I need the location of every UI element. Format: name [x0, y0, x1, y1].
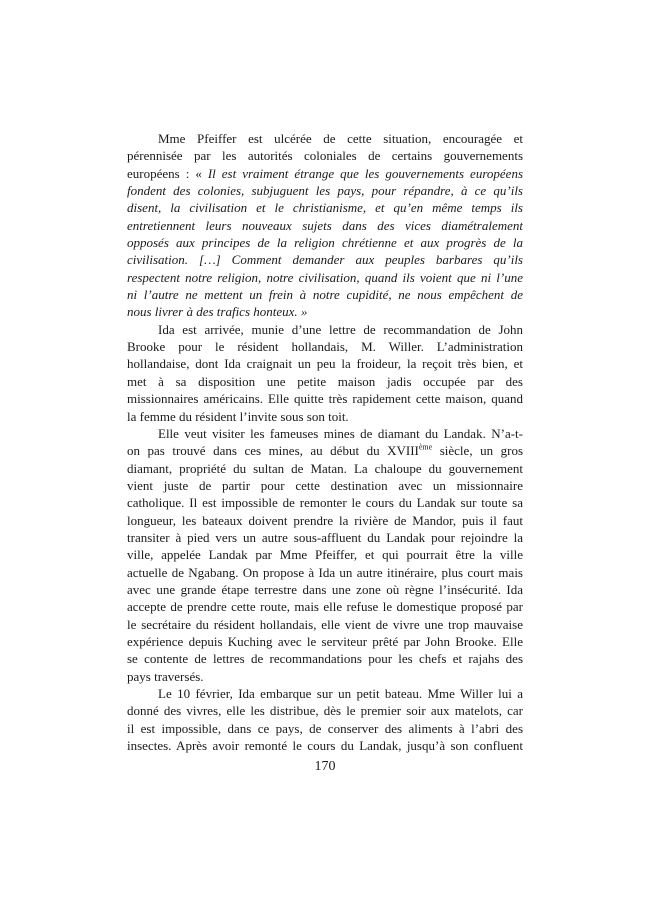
- text-segment: actuelle de Ngabang. On propose à Ida un…: [127, 565, 523, 580]
- italic-text-segment: opposés aux principes de la religion chr…: [127, 235, 523, 250]
- text-line: vient juste de partir pour cette destina…: [127, 477, 523, 494]
- text-line: Mme Pfeiffer est ulcérée de cette situat…: [127, 130, 523, 147]
- text-line: disent, la civilisation et le christiani…: [127, 199, 523, 216]
- text-line: ville, appelée Landak par Mme Pfeiffer, …: [127, 546, 523, 563]
- superscript-text-segment: ème: [419, 443, 432, 452]
- text-segment: la femme du résident l’invite sous son t…: [127, 409, 349, 424]
- text-segment: siècle, un gros: [432, 443, 523, 458]
- text-segment: Mme Pfeiffer est ulcérée de cette situat…: [158, 131, 523, 146]
- text-segment: Elle veut visiter les fameuses mines de …: [158, 426, 523, 441]
- italic-text-segment: disent, la civilisation et le christiani…: [127, 200, 523, 215]
- text-line: on pas trouvé dans ces mines, au début d…: [127, 442, 523, 459]
- text-segment: vient juste de partir pour cette destina…: [127, 478, 523, 493]
- text-line: catholique. Il est impossible de remonte…: [127, 494, 523, 511]
- text-line: Brooke pour le résident hollandais, M. W…: [127, 338, 523, 355]
- text-segment: donné des vivres, elle les distribue, dè…: [127, 703, 523, 718]
- text-line: européens : « Il est vraiment étrange qu…: [127, 165, 523, 182]
- text-line: expérience depuis Kuching avec le servit…: [127, 633, 523, 650]
- page-text: Mme Pfeiffer est ulcérée de cette situat…: [127, 130, 523, 754]
- text-line: actuelle de Ngabang. On propose à Ida un…: [127, 564, 523, 581]
- text-segment: pérennisée par les autorités coloniales …: [127, 148, 523, 163]
- text-segment: longueur, les bateaux doivent prendre la…: [127, 513, 523, 528]
- text-segment: missionnaires américains. Elle quitte tr…: [127, 391, 523, 406]
- text-segment: européens : «: [127, 166, 208, 181]
- text-line: il est impossible, dans ce pays, de cons…: [127, 720, 523, 737]
- text-segment: diamant, propriété du sultan de Matan. L…: [127, 461, 523, 476]
- text-line: le secrétaire du résident hollandais, el…: [127, 616, 523, 633]
- text-line: hollandaise, dont Ida craignait un peu l…: [127, 355, 523, 372]
- text-segment: Le 10 février, Ida embarque sur un petit…: [158, 686, 523, 701]
- text-line: diamant, propriété du sultan de Matan. L…: [127, 460, 523, 477]
- text-segment: expérience depuis Kuching avec le servit…: [127, 634, 523, 649]
- text-line: missionnaires américains. Elle quitte tr…: [127, 390, 523, 407]
- text-line: Elle veut visiter les fameuses mines de …: [127, 425, 523, 442]
- text-line: pays traversés.: [127, 668, 523, 685]
- text-line: opposés aux principes de la religion chr…: [127, 234, 523, 251]
- text-line: civilisation. […] Comment demander aux p…: [127, 251, 523, 268]
- italic-text-segment: ni l’autre ne mettent un frein à notre c…: [127, 287, 523, 302]
- italic-text-segment: entretiennent leurs nouveaux sujets dans…: [127, 218, 523, 233]
- text-line: met à sa disposition une petite maison j…: [127, 373, 523, 390]
- text-segment: met à sa disposition une petite maison j…: [127, 374, 523, 389]
- text-segment: accepte de prendre cette route, mais ell…: [127, 599, 523, 614]
- italic-text-segment: civilisation. […] Comment demander aux p…: [127, 252, 523, 267]
- text-segment: pays traversés.: [127, 669, 204, 684]
- text-line: transiter à pied vers un autre sous-affl…: [127, 529, 523, 546]
- text-line: longueur, les bateaux doivent prendre la…: [127, 512, 523, 529]
- text-line: entretiennent leurs nouveaux sujets dans…: [127, 217, 523, 234]
- text-line: accepte de prendre cette route, mais ell…: [127, 598, 523, 615]
- text-line: Ida est arrivée, munie d’une lettre de r…: [127, 321, 523, 338]
- text-line: la femme du résident l’invite sous son t…: [127, 408, 523, 425]
- italic-text-segment: Il est vraiment étrange que les gouverne…: [208, 166, 523, 181]
- document-page: Mme Pfeiffer est ulcérée de cette situat…: [0, 0, 650, 920]
- text-line: fondent des colonies, subjuguent les pay…: [127, 182, 523, 199]
- text-segment: Ida est arrivée, munie d’une lettre de r…: [158, 322, 523, 337]
- italic-text-segment: respectent notre religion, notre civilis…: [127, 270, 523, 285]
- text-segment: le secrétaire du résident hollandais, el…: [127, 617, 523, 632]
- text-segment: se contente de lettres de recommandation…: [127, 651, 523, 666]
- italic-text-segment: fondent des colonies, subjuguent les pay…: [127, 183, 523, 198]
- text-segment: insectes. Après avoir remonté le cours d…: [127, 738, 523, 753]
- text-line: Le 10 février, Ida embarque sur un petit…: [127, 685, 523, 702]
- text-segment: hollandaise, dont Ida craignait un peu l…: [127, 356, 523, 371]
- italic-text-segment: nous livrer à des trafics honteux. »: [127, 304, 307, 319]
- text-segment: transiter à pied vers un autre sous-affl…: [127, 530, 523, 545]
- text-line: nous livrer à des trafics honteux. »: [127, 303, 523, 320]
- page-number: 170: [127, 758, 523, 775]
- text-line: se contente de lettres de recommandation…: [127, 650, 523, 667]
- text-line: respectent notre religion, notre civilis…: [127, 269, 523, 286]
- text-segment: catholique. Il est impossible de remonte…: [127, 495, 523, 510]
- text-line: donné des vivres, elle les distribue, dè…: [127, 702, 523, 719]
- text-segment: ville, appelée Landak par Mme Pfeiffer, …: [127, 547, 523, 562]
- text-line: ni l’autre ne mettent un frein à notre c…: [127, 286, 523, 303]
- text-segment: il est impossible, dans ce pays, de cons…: [127, 721, 523, 736]
- text-segment: on pas trouvé dans ces mines, au début d…: [127, 443, 419, 458]
- text-line: avec une grande étape terrestre dans une…: [127, 581, 523, 598]
- text-line: pérennisée par les autorités coloniales …: [127, 147, 523, 164]
- text-segment: avec une grande étape terrestre dans une…: [127, 582, 523, 597]
- text-line: insectes. Après avoir remonté le cours d…: [127, 737, 523, 754]
- text-segment: Brooke pour le résident hollandais, M. W…: [127, 339, 523, 354]
